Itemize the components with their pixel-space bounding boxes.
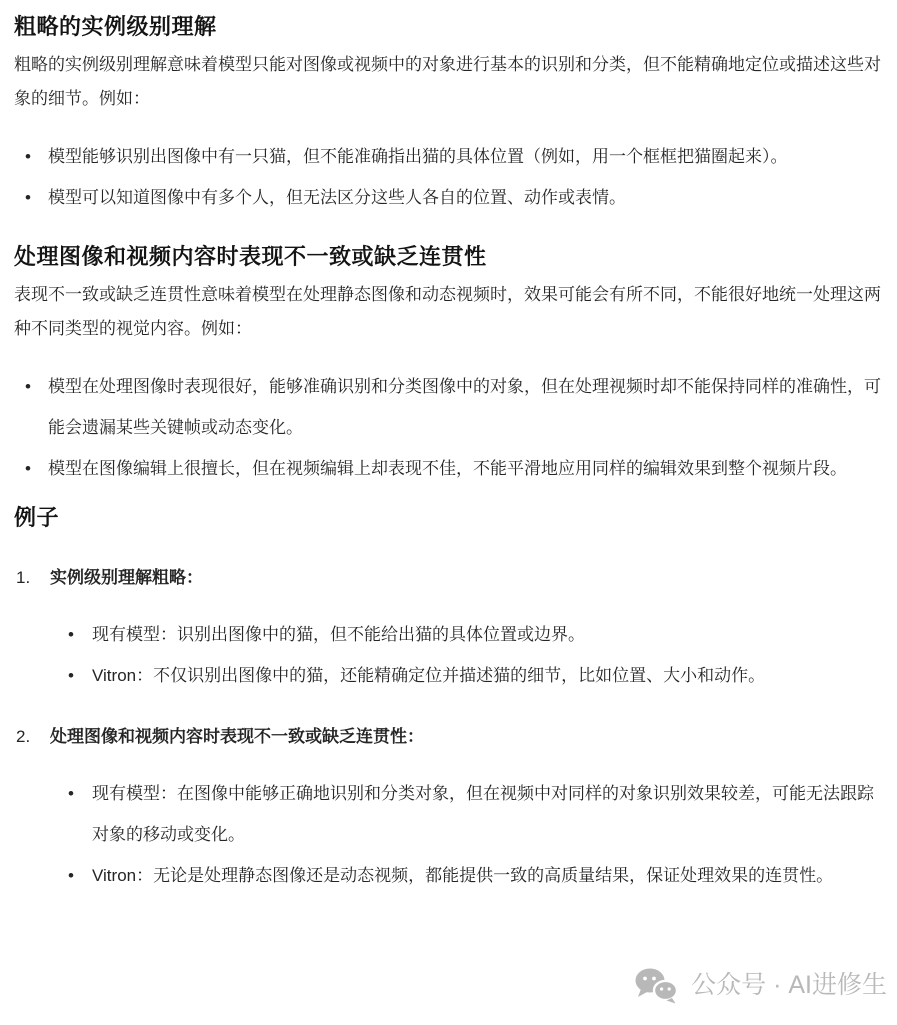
list-number: 1. bbox=[14, 557, 50, 598]
list-item: Vitron：不仅识别出图像中的猫，还能精确定位并描述猫的细节，比如位置、大小和… bbox=[14, 655, 881, 696]
example-item-title: 处理图像和视频内容时表现不一致或缺乏连贯性： bbox=[50, 716, 424, 757]
section-paragraph-inconsistency: 表现不一致或缺乏连贯性意味着模型在处理静态图像和动态视频时，效果可能会有所不同，… bbox=[14, 278, 881, 346]
list-item: 现有模型：识别出图像中的猫，但不能给出猫的具体位置或边界。 bbox=[14, 614, 881, 655]
examples-list: 1. 实例级别理解粗略： 现有模型：识别出图像中的猫，但不能给出猫的具体位置或边… bbox=[14, 557, 881, 896]
watermark-text: 公众号 · AI进修生 bbox=[691, 966, 887, 1004]
wechat-icon bbox=[633, 966, 679, 1004]
example-item-2-sub-list: 现有模型：在图像中能够正确地识别和分类对象，但在视频中对同样的对象识别效果较差，… bbox=[14, 773, 881, 896]
example-item-2: 2. 处理图像和视频内容时表现不一致或缺乏连贯性： 现有模型：在图像中能够正确地… bbox=[14, 716, 881, 896]
coarse-bullet-list: 模型能够识别出图像中有一只猫，但不能准确指出猫的具体位置（例如，用一个框框把猫圈… bbox=[14, 136, 881, 218]
list-item: 现有模型：在图像中能够正确地识别和分类对象，但在视频中对同样的对象识别效果较差，… bbox=[14, 773, 881, 855]
example-item-1-heading-row: 1. 实例级别理解粗略： bbox=[14, 557, 881, 598]
section-heading-examples: 例子 bbox=[14, 503, 881, 533]
example-item-title: 实例级别理解粗略： bbox=[50, 557, 203, 598]
example-item-2-heading-row: 2. 处理图像和视频内容时表现不一致或缺乏连贯性： bbox=[14, 716, 881, 757]
section-heading-coarse-understanding: 粗略的实例级别理解 bbox=[14, 12, 881, 42]
example-item-1: 1. 实例级别理解粗略： 现有模型：识别出图像中的猫，但不能给出猫的具体位置或边… bbox=[14, 557, 881, 696]
section-paragraph-coarse-understanding: 粗略的实例级别理解意味着模型只能对图像或视频中的对象进行基本的识别和分类，但不能… bbox=[14, 48, 881, 116]
list-item: 模型在处理图像时表现很好，能够准确识别和分类图像中的对象，但在处理视频时却不能保… bbox=[14, 366, 881, 448]
watermark: 公众号 · AI进修生 bbox=[627, 966, 887, 1004]
section-heading-inconsistency: 处理图像和视频内容时表现不一致或缺乏连贯性 bbox=[14, 242, 881, 272]
list-item: 模型可以知道图像中有多个人，但无法区分这些人各自的位置、动作或表情。 bbox=[14, 177, 881, 218]
list-item: 模型在图像编辑上很擅长，但在视频编辑上却表现不佳，不能平滑地应用同样的编辑效果到… bbox=[14, 448, 881, 489]
inconsistency-bullet-list: 模型在处理图像时表现很好，能够准确识别和分类图像中的对象，但在处理视频时却不能保… bbox=[14, 366, 881, 489]
list-number: 2. bbox=[14, 716, 50, 757]
list-item: 模型能够识别出图像中有一只猫，但不能准确指出猫的具体位置（例如，用一个框框把猫圈… bbox=[14, 136, 881, 177]
list-item: Vitron：无论是处理静态图像还是动态视频，都能提供一致的高质量结果，保证处理… bbox=[14, 855, 881, 896]
example-item-1-sub-list: 现有模型：识别出图像中的猫，但不能给出猫的具体位置或边界。 Vitron：不仅识… bbox=[14, 614, 881, 696]
article: 粗略的实例级别理解 粗略的实例级别理解意味着模型只能对图像或视频中的对象进行基本… bbox=[0, 0, 897, 896]
